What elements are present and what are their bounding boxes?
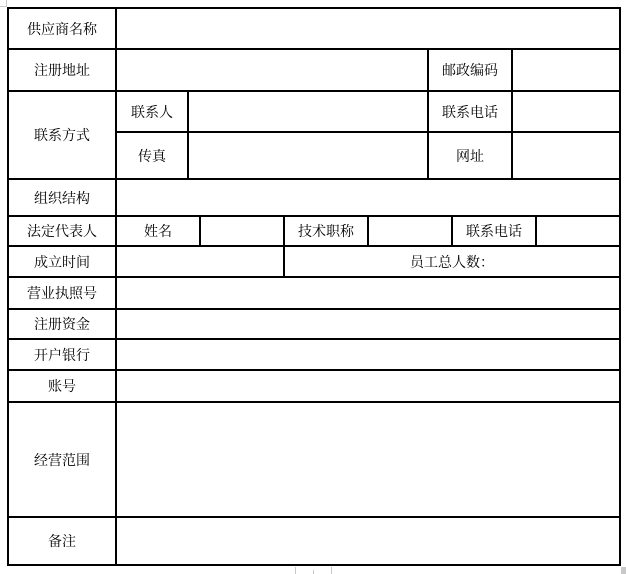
legal-representative-label: 法定代表人	[9, 217, 115, 245]
registered-address-label: 注册地址	[9, 50, 115, 90]
postal-code-field[interactable]	[513, 50, 619, 90]
postal-code-label: 邮政编码	[429, 50, 511, 90]
fax-field[interactable]	[189, 133, 427, 178]
established-field[interactable]	[117, 247, 283, 276]
contact-phone-field[interactable]	[513, 92, 619, 131]
website-label: 网址	[429, 133, 511, 178]
contact-method-label: 联系方式	[9, 92, 115, 178]
supplier-name-label: 供应商名称	[9, 9, 115, 48]
registered-address-field[interactable]	[117, 50, 427, 90]
business-license-field[interactable]	[117, 278, 619, 308]
remarks-label: 备注	[9, 518, 115, 564]
rep-name-field[interactable]	[201, 217, 283, 245]
registered-capital-field[interactable]	[117, 310, 619, 338]
table-border-bottom	[7, 564, 621, 566]
column-resize-marker	[313, 570, 314, 574]
contact-phone-label: 联系电话	[429, 92, 511, 131]
website-field[interactable]	[513, 133, 619, 178]
rep-phone-label: 联系电话	[453, 217, 535, 245]
table-resize-handle[interactable]	[621, 567, 626, 574]
registered-capital-label: 注册资金	[9, 310, 115, 338]
organization-structure-label: 组织结构	[9, 180, 115, 215]
business-license-label: 营业执照号	[9, 278, 115, 308]
account-label: 账号	[9, 371, 115, 401]
business-scope-label: 经营范围	[9, 403, 115, 516]
supplier-name-field[interactable]	[117, 9, 619, 48]
organization-structure-field[interactable]	[117, 180, 619, 215]
account-field[interactable]	[117, 371, 619, 401]
column-resize-marker	[295, 567, 296, 574]
rep-title-label: 技术职称	[285, 217, 367, 245]
established-label: 成立时间	[9, 247, 115, 276]
bank-field[interactable]	[117, 340, 619, 369]
column-resize-marker	[331, 567, 332, 574]
page-corner-marker	[0, 0, 7, 7]
bank-label: 开户银行	[9, 340, 115, 369]
rep-title-field[interactable]	[369, 217, 451, 245]
contact-person-label: 联系人	[117, 92, 187, 131]
fax-label: 传真	[117, 133, 187, 178]
table-border-right	[619, 7, 621, 566]
contact-person-field[interactable]	[189, 92, 427, 131]
employee-count-field[interactable]: 员工总人数：	[285, 247, 619, 276]
business-scope-field[interactable]	[117, 403, 619, 516]
rep-phone-field[interactable]	[537, 217, 619, 245]
rep-name-label: 姓名	[117, 217, 199, 245]
remarks-field[interactable]	[117, 518, 619, 564]
